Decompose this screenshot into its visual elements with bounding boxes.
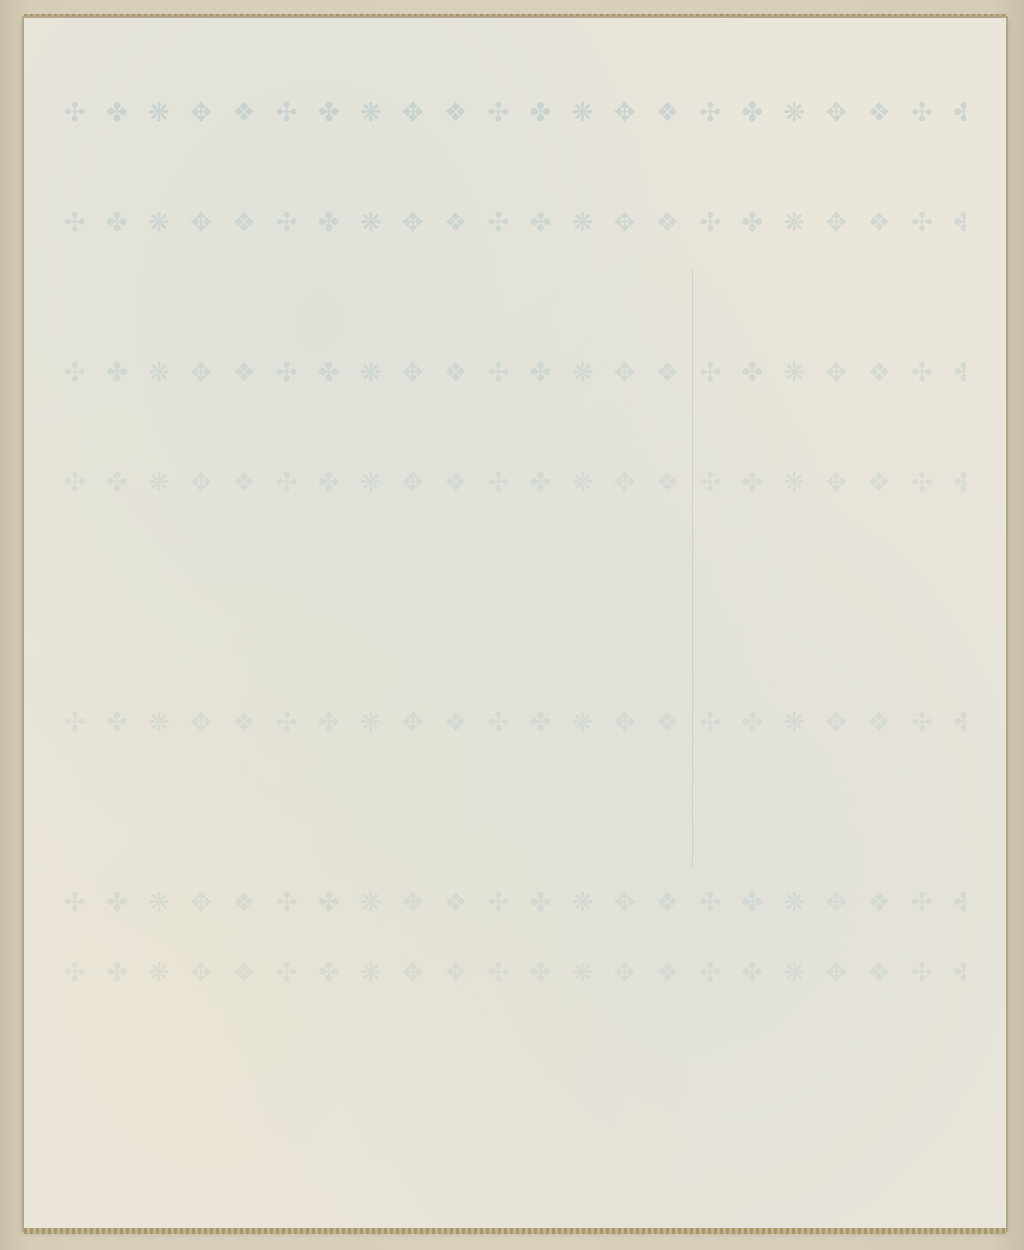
motif-row: ✣ ✤ ❋ ✥ ❖ ✣ ✤ ❋ ✥ ❖ ✣ ✤ ❋ ✥ ❖ ✣ ✤ ❋ ✥ ❖ …	[64, 888, 966, 918]
motif-row: ✣ ✤ ❋ ✥ ❖ ✣ ✤ ❋ ✥ ❖ ✣ ✤ ❋ ✥ ❖ ✣ ✤ ❋ ✥ ❖ …	[64, 98, 966, 128]
motif-row: ✣ ✤ ❋ ✥ ❖ ✣ ✤ ❋ ✥ ❖ ✣ ✤ ❋ ✥ ❖ ✣ ✤ ❋ ✥ ❖ …	[64, 208, 966, 238]
motif-row: ✣ ✤ ❋ ✥ ❖ ✣ ✤ ❋ ✥ ❖ ✣ ✤ ❋ ✥ ❖ ✣ ✤ ❋ ✥ ❖ …	[64, 468, 966, 498]
motif-row: ✣ ✤ ❋ ✥ ❖ ✣ ✤ ❋ ✥ ❖ ✣ ✤ ❋ ✥ ❖ ✣ ✤ ❋ ✥ ❖ …	[64, 708, 966, 738]
motif-row: ✣ ✤ ❋ ✥ ❖ ✣ ✤ ❋ ✥ ❖ ✣ ✤ ❋ ✥ ❖ ✣ ✤ ❋ ✥ ❖ …	[64, 358, 966, 388]
rug-bottom-fringe	[24, 1228, 1006, 1234]
weave-seam	[692, 268, 693, 868]
motif-row: ✣ ✤ ❋ ✥ ❖ ✣ ✤ ❋ ✥ ❖ ✣ ✤ ❋ ✥ ❖ ✣ ✤ ❋ ✥ ❖ …	[64, 958, 966, 988]
rug: ✣ ✤ ❋ ✥ ❖ ✣ ✤ ❋ ✥ ❖ ✣ ✤ ❋ ✥ ❖ ✣ ✤ ❋ ✥ ❖ …	[24, 18, 1006, 1230]
